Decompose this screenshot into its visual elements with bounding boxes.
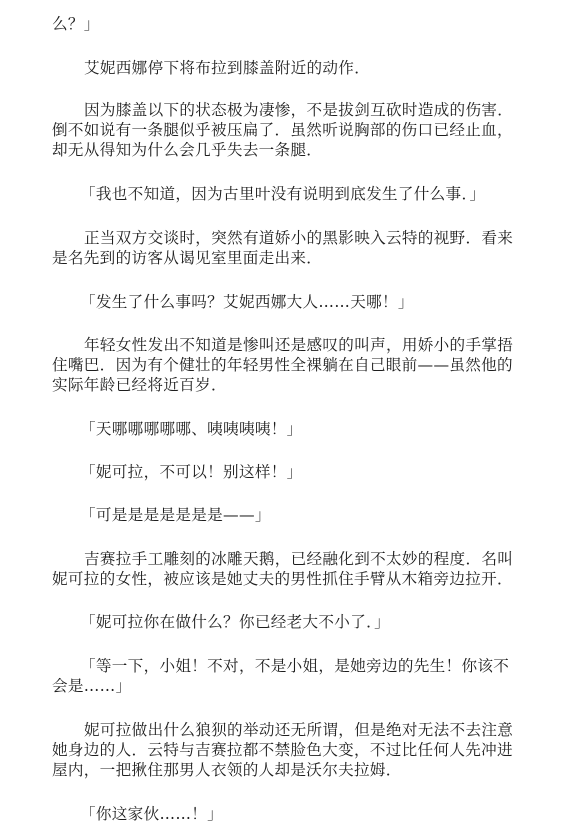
text-line: 吉赛拉手工雕刻的冰雕天鹅，已经融化到不太妙的程度．名叫 [84,549,513,569]
dialogue-line: 「你这家伙……！」 [80,804,223,824]
text-line: 是名先到的访客从谒见室里面走出来． [52,248,322,268]
dialogue-line: 「妮可拉，不可以！别这样！」 [80,462,303,482]
dialogue-line: 「天哪哪哪哪哪、咦咦咦咦！」 [80,419,303,439]
text-line: 因为膝盖以下的状态极为凄惨，不是拔剑互砍时造成的伤害． [84,100,513,120]
text-line: 么？」 [52,14,100,34]
dialogue-line: 「可是是是是是是是——」 [80,505,271,525]
text-line: 妮可拉做出什么狼狈的举动还无所谓，但是绝对无法不去注意 [84,720,513,740]
text-line: 住嘴巴．因为有个健壮的年轻男性全裸躺在自己眼前——虽然他的 [52,355,513,375]
text-line: 屋内，一把揪住那男人衣领的人却是沃尔夫拉姆． [52,760,402,780]
text-line: 正当双方交谈时，突然有道娇小的黑影映入云特的视野．看来 [84,228,513,248]
text-line: 实际年龄已经将近百岁． [52,375,227,395]
dialogue-line: 「妮可拉你在做什么？你已经老大不小了．」 [80,612,390,632]
dialogue-line: 「我也不知道，因为古里叶没有说明到底发生了什么事．」 [80,184,485,204]
text-line: 年轻女性发出不知道是惨叫还是感叹的叫声，用娇小的手掌捂 [84,335,513,355]
dialogue-line: 「发生了什么事吗？艾妮西娜大人……天哪！」 [80,292,414,312]
text-line: 倒不如说有一条腿似乎被压扁了．虽然听说胸部的伤口已经止血， [52,120,513,140]
text-line: 妮可拉的女性，被应该是她丈夫的男性抓住手臂从木箱旁边拉开． [52,569,513,589]
text-line: 艾妮西娜停下将布拉到膝盖附近的动作． [84,58,370,78]
text-line: 她身边的人．云特与吉赛拉都不禁脸色大变，不过比任何人先冲进 [52,740,513,760]
text-line: 却无从得知为什么会几乎失去一条腿． [52,140,322,160]
dialogue-line: 「等一下，小姐！不对，不是小姐，是她旁边的先生！你该不 [80,656,509,676]
text-line: 会是……」 [52,676,131,696]
